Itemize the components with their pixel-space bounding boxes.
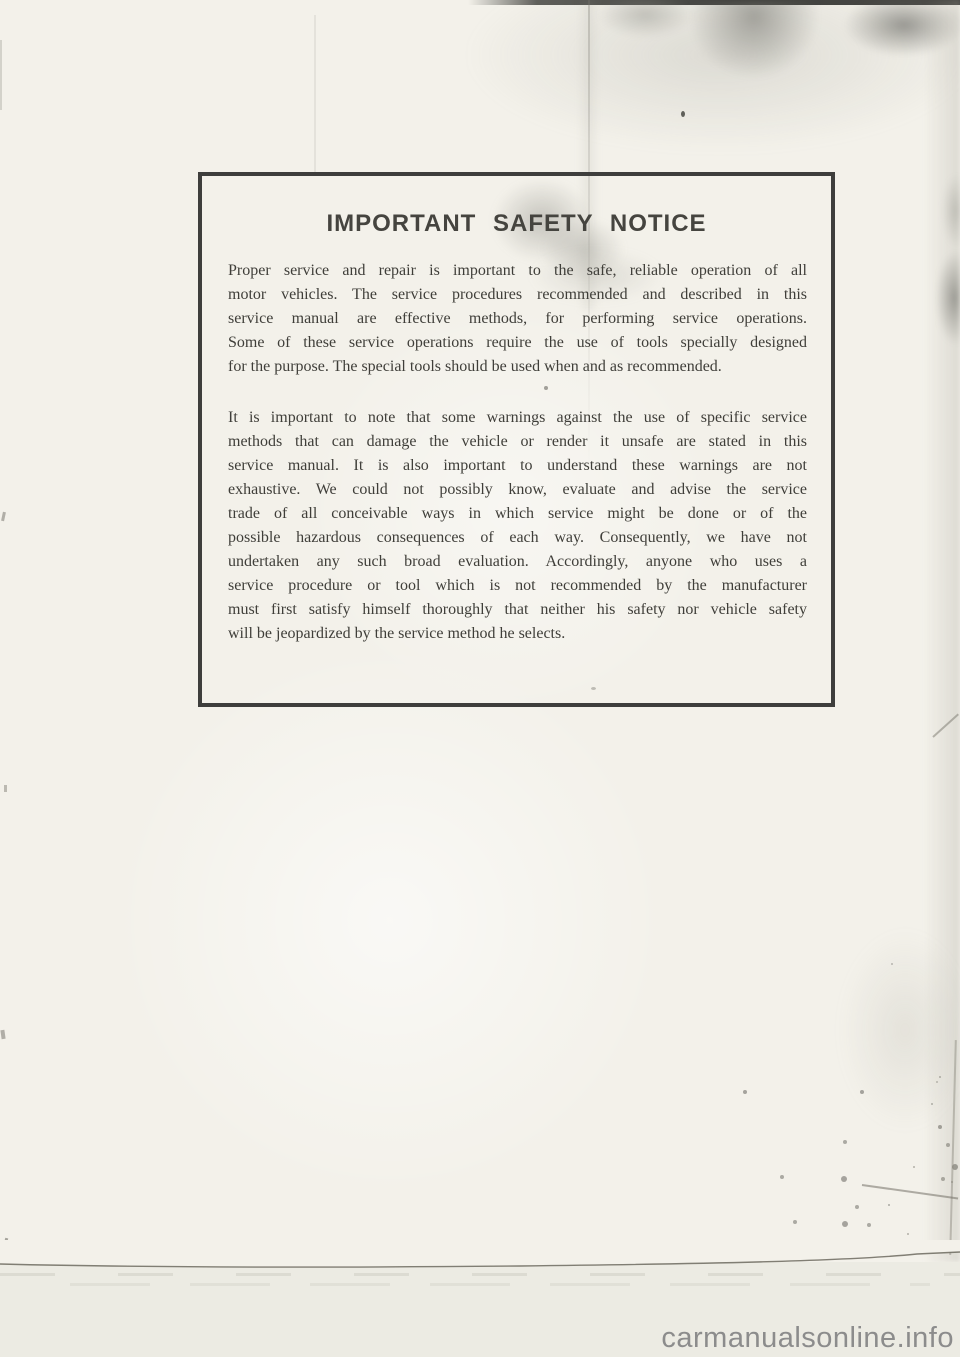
notice-title: IMPORTANT SAFETY NOTICE — [202, 210, 831, 238]
edge-mark — [0, 40, 2, 110]
safety-notice-box: IMPORTANT SAFETY NOTICE Proper service a… — [198, 172, 835, 707]
text-line: will be jeopardized by the service metho… — [228, 622, 807, 646]
stain-right-smudge — [936, 252, 960, 344]
text-line: undertaken any such broad evaluation. Ac… — [228, 550, 807, 574]
notice-paragraph-2: It is important to note that some warnin… — [228, 406, 807, 646]
ink-speck — [681, 111, 685, 117]
text-line: service manual. It is also important to … — [228, 454, 807, 478]
text-line: It is important to note that some warnin… — [228, 406, 807, 430]
stain-right-smudge — [942, 175, 960, 247]
stain-top-blob — [688, 1, 820, 79]
paper-light-patch — [110, 640, 670, 1200]
scan-background-streaks — [30, 1283, 930, 1286]
paper-speckles — [938, 1125, 942, 1129]
text-line: service manual are effective methods, fo… — [228, 307, 807, 331]
stain-right-wash — [840, 930, 960, 1130]
scanned-page: IMPORTANT SAFETY NOTICE Proper service a… — [0, 0, 960, 1357]
page-bottom-edge — [0, 1240, 960, 1280]
notice-paragraph-1: Proper service and repair is important t… — [228, 259, 807, 379]
watermark: carmanualsonline.info — [661, 1322, 954, 1355]
text-line: Proper service and repair is important t… — [228, 259, 807, 283]
stain-top-blob — [598, 0, 693, 38]
edge-mark — [1, 512, 6, 521]
text-line: Some of these service operations require… — [228, 331, 807, 355]
edge-mark — [4, 785, 7, 792]
text-line: methods that can damage the vehicle or r… — [228, 430, 807, 454]
paper-fold-line — [314, 15, 316, 175]
text-line: trade of all conceivable ways in which s… — [228, 502, 807, 526]
text-line: must first satisfy himself thoroughly th… — [228, 598, 807, 622]
text-line: exhaustive. We could not possibly know, … — [228, 478, 807, 502]
text-line: possible hazardous consequences of each … — [228, 526, 807, 550]
paper-speckles — [743, 1090, 747, 1094]
text-line: service procedure or tool which is not r… — [228, 574, 807, 598]
text-line: for the purpose. The special tools shoul… — [228, 355, 807, 379]
edge-mark — [0, 1030, 5, 1039]
text-line: motor vehicles. The service procedures r… — [228, 283, 807, 307]
